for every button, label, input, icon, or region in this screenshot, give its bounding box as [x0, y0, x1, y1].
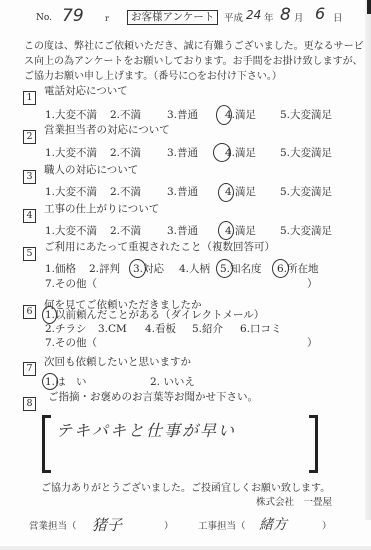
q5-option-2[interactable]: 2.評判: [89, 263, 120, 276]
q5-option-4[interactable]: 4.人柄: [179, 263, 210, 276]
q3-option-2[interactable]: 2.不満: [110, 186, 141, 199]
question-5-number: 5: [23, 241, 36, 261]
comment-bracket-right: [309, 415, 318, 473]
q5-answer-circle-5: [216, 259, 233, 278]
era-label: 平成: [224, 12, 243, 25]
sales-rep-name: 猪子: [92, 514, 122, 535]
q2-option-2[interactable]: 2.不満: [110, 147, 141, 160]
question-3-text: 職人の対応について: [44, 164, 138, 177]
question-8-number: 8: [23, 391, 36, 411]
construction-rep-label: 工事担当（: [198, 520, 246, 533]
survey-form-page: No. 79 r お客様アンケート 平成 24 年 8 月 6 日 この度は、弊…: [0, 0, 371, 550]
q6-option-1[interactable]: 1.以前頼んだことがある（ダイレクトメール）: [45, 309, 264, 322]
q4-option-1[interactable]: 1.大変不満: [45, 225, 97, 238]
month-unit: 月: [294, 12, 304, 25]
question-4-text: 工事の仕上がりについて: [44, 203, 159, 216]
q5-answer-circle-6: [272, 259, 289, 278]
q6-other-close: ）: [307, 337, 318, 350]
q7-option-no[interactable]: 2. いいえ: [150, 376, 195, 389]
construction-rep-name: 緒方: [259, 514, 287, 534]
question-5-text: ご利用にあたって重視されたこと（複数回答可）: [44, 241, 275, 254]
q6-option-6[interactable]: 6.口コミ: [240, 323, 282, 336]
q3-option-5[interactable]: 5.大変満足: [280, 186, 332, 199]
q5-answer-circle-3: [129, 259, 146, 278]
q1-option-3[interactable]: 3.普通: [167, 109, 198, 122]
q6-option-3[interactable]: 3.CM: [98, 323, 127, 336]
q6-option-other[interactable]: 7.その他（: [45, 337, 97, 350]
q1-option-5[interactable]: 5.大変満足: [280, 109, 332, 122]
q4-option-2[interactable]: 2.不満: [110, 225, 141, 238]
q4-option-3[interactable]: 3.普通: [167, 225, 198, 238]
day-unit: 日: [333, 12, 343, 25]
q7-answer-circle: [42, 373, 58, 390]
q2-option-5[interactable]: 5.大変満足: [280, 147, 332, 160]
question-2-number: 2: [23, 124, 36, 144]
q1-option-1[interactable]: 1.大変不満: [45, 109, 97, 122]
q2-answer-circle: [213, 143, 231, 162]
question-6-number: 6: [23, 299, 36, 319]
q3-option-3[interactable]: 3.普通: [167, 186, 198, 199]
company-name: 株式会社 一畳屋: [256, 496, 332, 509]
form-number: 79: [62, 6, 84, 26]
month-value: 8: [280, 5, 291, 25]
intro-line-3: ご協力お願い申し上げます。（番号に○をお付け下さい。）: [24, 70, 282, 83]
question-1-number: 1: [23, 85, 36, 105]
construction-rep-close: ）: [322, 520, 332, 533]
intro-line-2: ス向上の為アンケートをお願いしております。お手間をお掛け致しますが、: [24, 55, 363, 68]
form-title: お客様アンケート: [127, 10, 218, 25]
q4-option-5[interactable]: 5.大変満足: [280, 225, 332, 238]
thanks-message: ご協力ありがとうございました。ご投函宜しくお願い致します。: [41, 482, 330, 495]
number-label: No.: [36, 12, 52, 25]
comment-answer: テキパキと仕事が早い: [56, 418, 236, 441]
q4-answer-circle: [218, 221, 234, 240]
question-1-text: 電話対応について: [44, 85, 128, 98]
question-7-number: 7: [23, 356, 36, 376]
q2-option-1[interactable]: 1.大変不満: [45, 147, 97, 160]
q3-option-1[interactable]: 1.大変不満: [45, 186, 97, 199]
question-7-text: 次回も依頼したいと思いますか: [44, 356, 191, 369]
sales-rep-close: ）: [164, 520, 174, 533]
q6-answer-circle: [42, 306, 57, 324]
q2-option-3[interactable]: 3.普通: [167, 147, 198, 160]
q6-option-2[interactable]: 2.チラシ: [45, 323, 87, 336]
stray-mark: r: [105, 12, 109, 25]
q5-other-close: ）: [307, 278, 318, 291]
q6-option-5[interactable]: 5.紹介: [192, 323, 223, 336]
day-value: 6: [315, 4, 325, 23]
q1-answer-circle: [216, 105, 232, 125]
comment-bracket-left: [42, 415, 51, 473]
intro-line-1: この度は、弊社にご依頼いただき、誠に有難うございました。更なるサービ: [24, 40, 364, 53]
sales-rep-label: 営業担当（: [29, 520, 77, 533]
q3-answer-circle: [218, 183, 234, 202]
q6-option-4[interactable]: 4.看板: [145, 323, 176, 336]
question-3-number: 3: [23, 164, 36, 184]
year-unit: 年: [264, 12, 274, 25]
year-value: 24: [246, 8, 261, 22]
question-2-text: 営業担当者の対応について: [44, 124, 170, 137]
scan-edge-bottom: [0, 546, 371, 550]
question-4-number: 4: [23, 203, 36, 223]
q1-option-2[interactable]: 2.不満: [110, 109, 141, 122]
question-8-text: ご指摘・お褒めのお言葉等お聞かせ下さい。: [48, 391, 258, 404]
scan-mark: [367, 0, 371, 14]
q5-option-other[interactable]: 7.その他（: [45, 278, 97, 291]
scan-edge-right: [365, 0, 371, 520]
q5-option-1[interactable]: 1.価格: [45, 263, 76, 276]
